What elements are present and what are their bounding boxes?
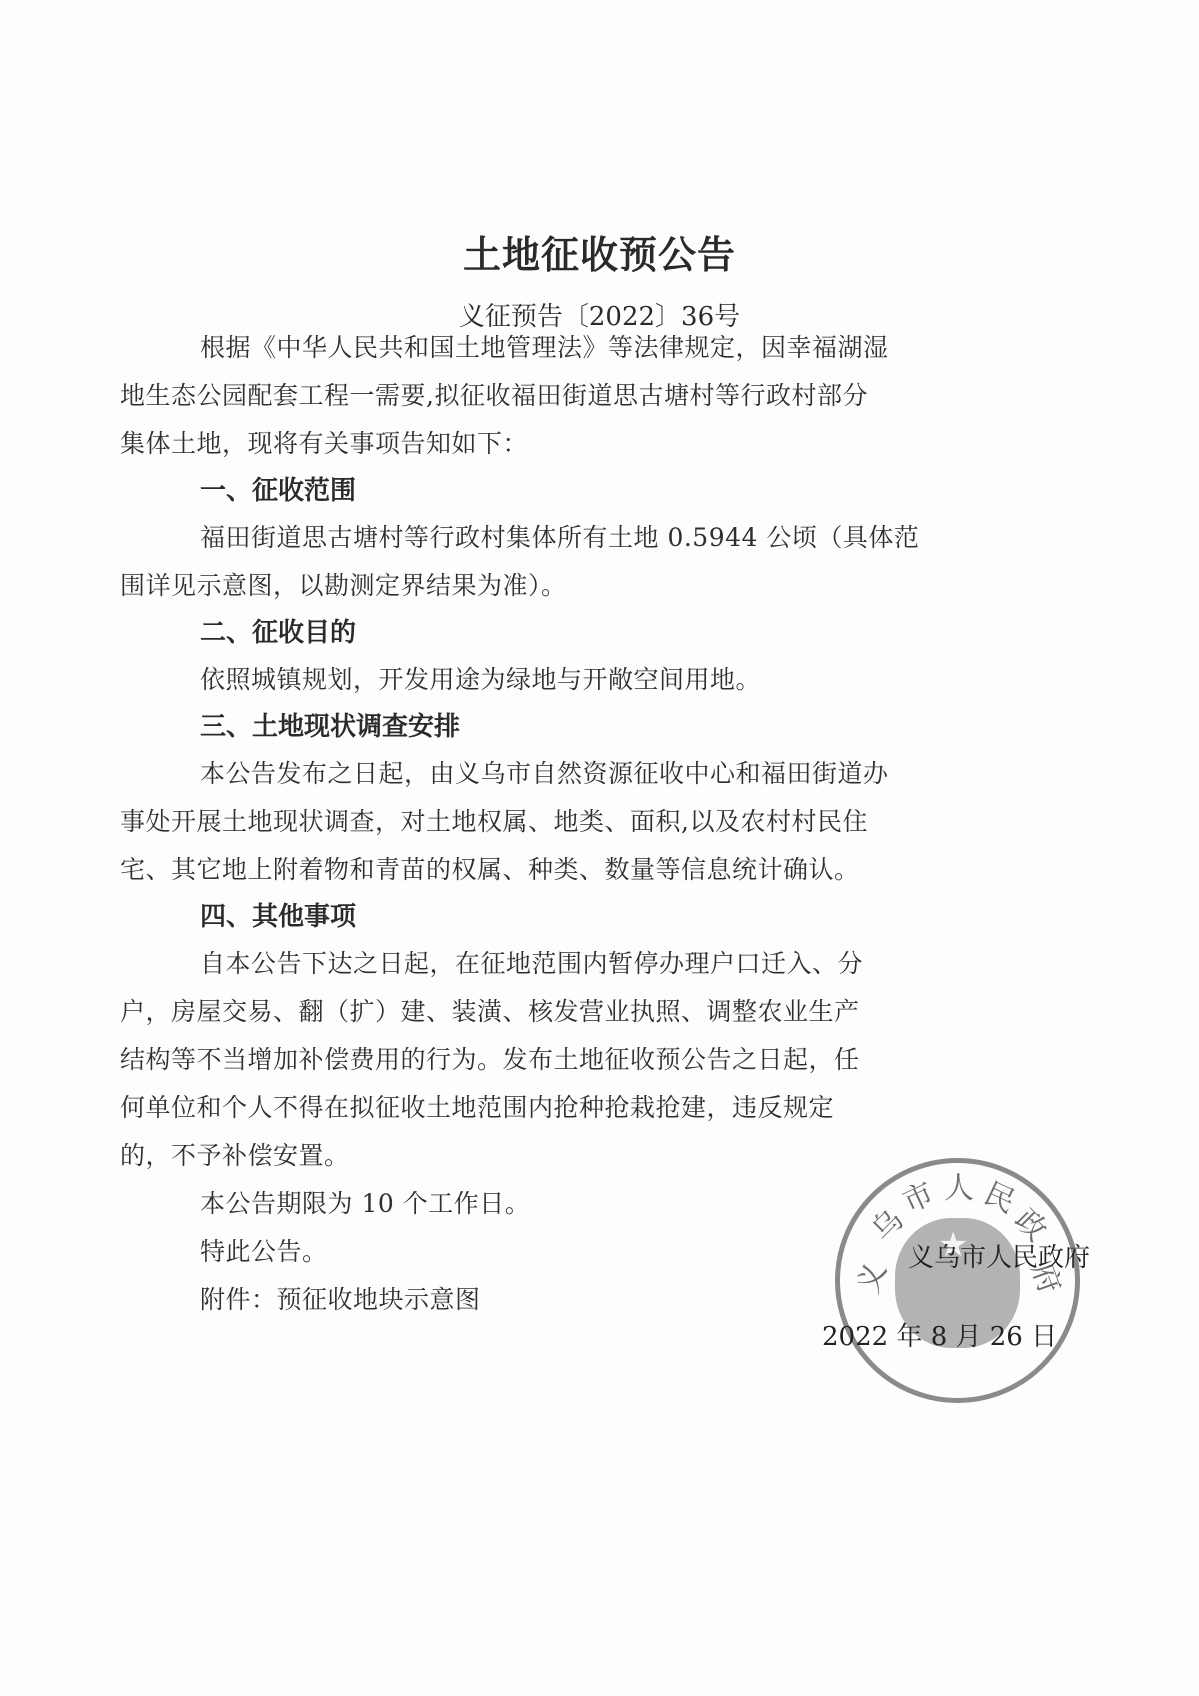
intro-line: 地生态公园配套工程一需要,拟征收福田街道思古塘村等行政村部分 [120, 376, 868, 412]
section-heading-purpose: 二、征收目的 [200, 612, 356, 649]
section-text: 户，房屋交易、翻（扩）建、装潢、核发营业执照、调整农业生产 [120, 992, 860, 1028]
section-heading-other: 四、其他事项 [200, 896, 356, 933]
section-text: 围详见示意图，以勘测定界结果为准）。 [120, 566, 567, 602]
section-text: 自本公告下达之日起，在征地范围内暂停办理户口迁入、分 [200, 944, 863, 980]
section-text: 福田街道思古塘村等行政村集体所有土地 0.5944 公顷（具体范 [200, 518, 919, 554]
section-text: 事处开展土地现状调查，对土地权属、地类、面积,以及农村村民住 [120, 802, 868, 838]
closing-statement: 特此公告。 [200, 1232, 328, 1268]
official-seal: ★ 义 乌 市 人 民 政 府 [835, 1158, 1080, 1403]
document-page: 土地征收预公告 义征预告〔2022〕36号 根据《中华人民共和国土地管理法》等法… [0, 0, 1199, 1696]
section-text: 结构等不当增加补偿费用的行为。发布土地征收预公告之日起，任 [120, 1040, 860, 1076]
section-heading-survey: 三、土地现状调查安排 [200, 706, 460, 743]
seal-arc-char: 市 [894, 1169, 940, 1222]
seal-arc-char: 乌 [859, 1197, 911, 1249]
seal-arc-char: 义 [843, 1255, 895, 1298]
intro-line: 集体土地，现将有关事项告知如下： [120, 424, 528, 460]
section-text: 依照城镇规划，开发用途为绿地与开敞空间用地。 [200, 660, 761, 696]
page-title: 土地征收预公告 [0, 224, 1199, 279]
notice-period: 本公告期限为 10 个工作日。 [200, 1184, 530, 1220]
section-text: 宅、其它地上附着物和青苗的权属、种类、数量等信息统计确认。 [120, 850, 860, 886]
seal-arc-char: 人 [944, 1163, 974, 1207]
issue-date: 2022 年 8 月 26 日 [822, 1316, 1057, 1353]
seal-arc-char: 民 [978, 1169, 1024, 1222]
issuing-authority: 义乌市人民政府 [908, 1237, 1090, 1274]
attachment-line: 附件：预征收地块示意图 [200, 1280, 481, 1316]
section-text: 本公告发布之日起，由义乌市自然资源征收中心和福田街道办 [200, 754, 889, 790]
section-text: 何单位和个人不得在拟征收土地范围内抢种抢栽抢建，违反规定 [120, 1088, 834, 1124]
intro-line: 根据《中华人民共和国土地管理法》等法律规定，因幸福湖湿 [200, 328, 889, 364]
section-heading-scope: 一、征收范围 [200, 470, 356, 507]
section-text: 的，不予补偿安置。 [120, 1136, 350, 1172]
